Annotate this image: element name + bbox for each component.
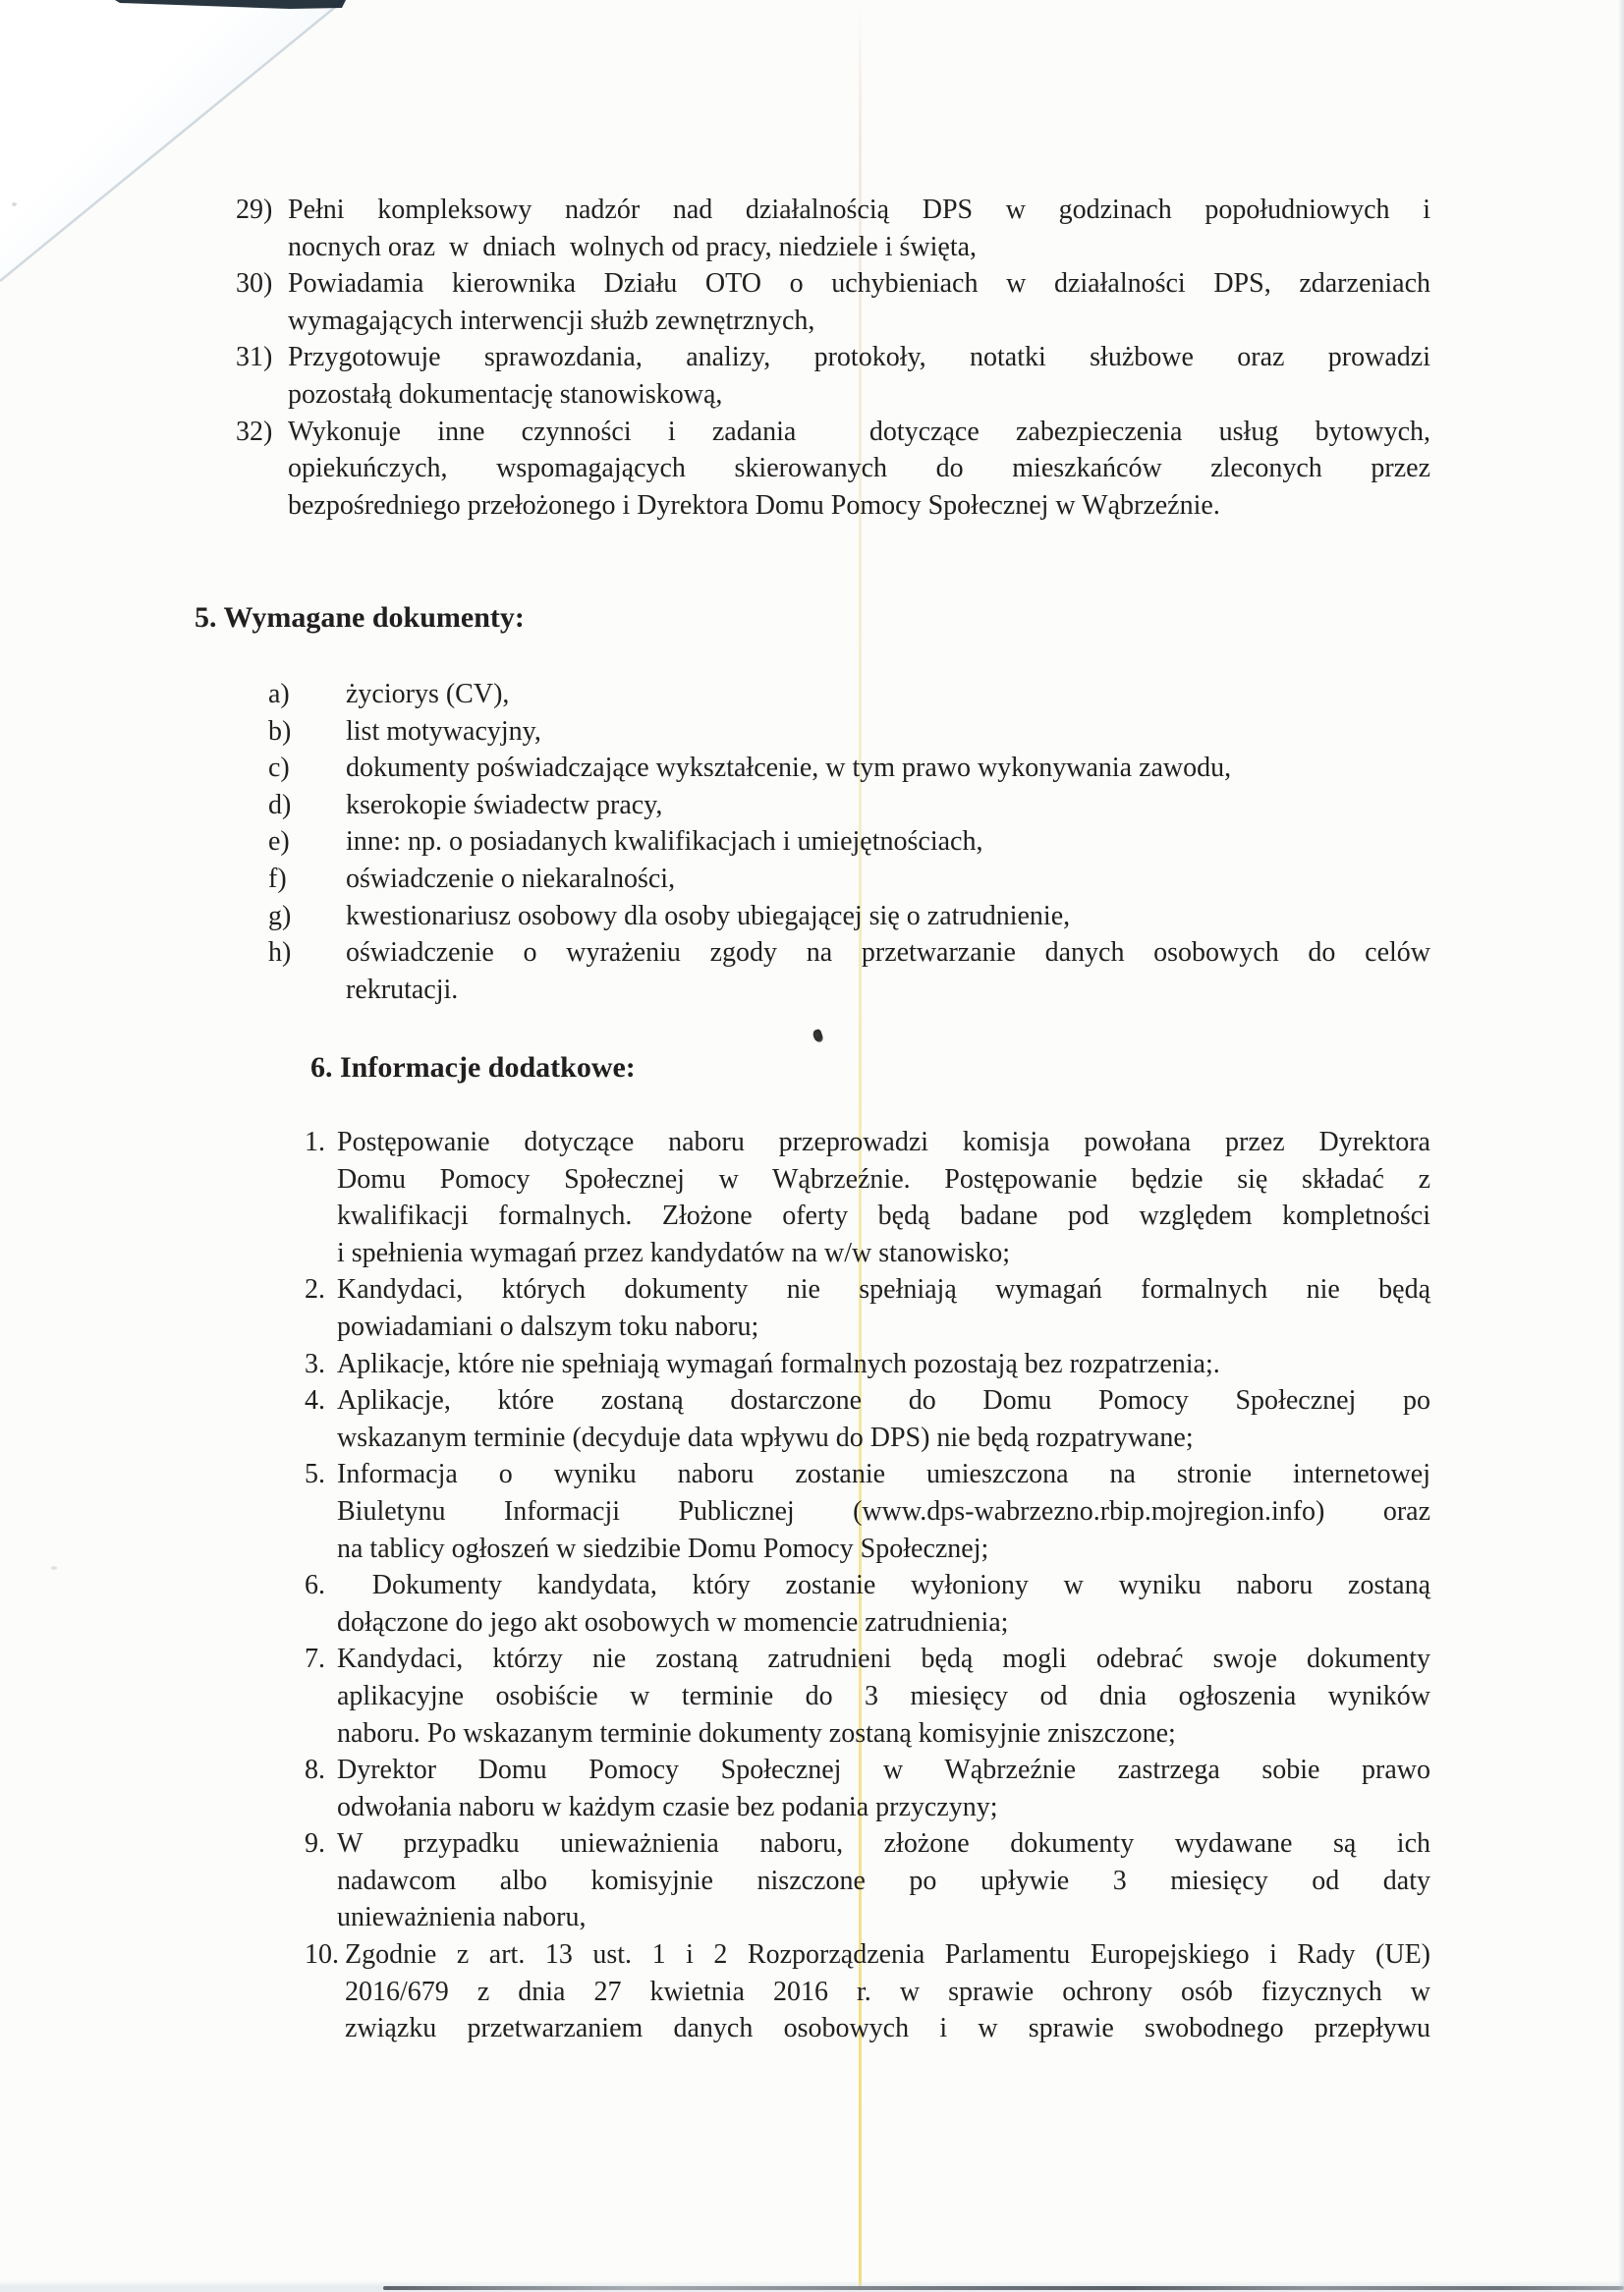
- list-item-marker: 31): [236, 339, 288, 376]
- list-item: 2. Kandydaci, których dokumenty nie speł…: [305, 1271, 1430, 1345]
- list-item-text: życiorys (CV),: [346, 676, 1430, 713]
- list-item-text: list motywacyjny,: [346, 713, 1430, 751]
- list-item-marker: 9.: [305, 1825, 337, 1863]
- dust-speck-artifact: [51, 1566, 57, 1570]
- list-item: 30) Powiadamia kierownika Działu OTO o u…: [236, 265, 1430, 339]
- scanned-document-page: 29) Pełni kompleksowy nadzór nad działal…: [0, 0, 1624, 2292]
- list-item-text: Kandydaci, którzy nie zostaną zatrudnien…: [337, 1641, 1430, 1752]
- list-item-text: kwestionariusz osobowy dla osoby ubiegaj…: [346, 898, 1430, 935]
- list-item-text: Aplikacje, które zostaną dostarczone do …: [337, 1382, 1430, 1456]
- duties-list: 29) Pełni kompleksowy nadzór nad działal…: [236, 192, 1430, 524]
- list-item-text: kserokopie świadectw pracy,: [346, 787, 1430, 824]
- list-item: c) dokumenty poświadczające wykształceni…: [268, 750, 1430, 787]
- list-item-text: Pełni kompleksowy nadzór nad działalnośc…: [288, 192, 1430, 265]
- list-item: b) list motywacyjny,: [268, 713, 1430, 751]
- list-item-marker: 8.: [305, 1752, 337, 1789]
- list-item: 5. Informacja o wyniku naboru zostanie u…: [305, 1456, 1430, 1567]
- list-item-marker: 1.: [305, 1124, 337, 1161]
- list-item: a) życiorys (CV),: [268, 676, 1430, 713]
- list-item: 7. Kandydaci, którzy nie zostaną zatrudn…: [305, 1641, 1430, 1752]
- list-item-marker: 2.: [305, 1271, 337, 1309]
- list-item-text: Dyrektor Domu Pomocy Społecznej w Wąbrze…: [337, 1752, 1430, 1825]
- list-item-text: Powiadamia kierownika Działu OTO o uchyb…: [288, 265, 1430, 339]
- list-item-marker: 6.: [305, 1567, 337, 1604]
- list-item-text: Aplikacje, które nie spełniają wymagań f…: [337, 1346, 1430, 1383]
- list-item-marker: 10.: [305, 1936, 345, 1974]
- list-item-text: Kandydaci, których dokumenty nie spełnia…: [337, 1271, 1430, 1345]
- list-item: 32) Wykonuje inne czynności i zadania do…: [236, 414, 1430, 525]
- list-item-text: Dokumenty kandydata, który zostanie wyło…: [337, 1567, 1430, 1641]
- list-item: d) kserokopie świadectw pracy,: [268, 787, 1430, 824]
- list-item-marker: b): [268, 713, 346, 751]
- bottom-scan-line-artifact: [383, 2286, 1624, 2290]
- right-edge-shadow-artifact: [1618, 0, 1624, 2292]
- list-item: 10. Zgodnie z art. 13 ust. 1 i 2 Rozporz…: [305, 1936, 1430, 2047]
- required-documents-list: a) życiorys (CV), b) list motywacyjny, c…: [268, 676, 1430, 1008]
- list-item-marker: 4.: [305, 1382, 337, 1420]
- list-item: e) inne: np. o posiadanych kwalifikacjac…: [268, 823, 1430, 861]
- list-item-marker: c): [268, 750, 346, 787]
- list-item: g) kwestionariusz osobowy dla osoby ubie…: [268, 898, 1430, 935]
- list-item-marker: h): [268, 934, 346, 972]
- list-item-text: oświadczenie o wyrażeniu zgody na przetw…: [346, 934, 1430, 1008]
- list-item-marker: 29): [236, 192, 288, 229]
- list-item-marker: 7.: [305, 1641, 337, 1678]
- list-item: 8. Dyrektor Domu Pomocy Społecznej w Wąb…: [305, 1752, 1430, 1825]
- list-item-marker: 5.: [305, 1456, 337, 1493]
- list-item-text: Przygotowuje sprawozdania, analizy, prot…: [288, 339, 1430, 413]
- list-item-marker: 3.: [305, 1346, 337, 1383]
- list-item: 31) Przygotowuje sprawozdania, analizy, …: [236, 339, 1430, 413]
- list-item: f) oświadczenie o niekaralności,: [268, 861, 1430, 898]
- list-item-marker: 32): [236, 414, 288, 451]
- list-item-text: dokumenty poświadczające wykształcenie, …: [346, 750, 1430, 787]
- section-6-heading: 6. Informacje dodatkowe:: [310, 1049, 636, 1087]
- dust-speck-artifact: [12, 202, 17, 206]
- list-item-text: W przypadku unieważnienia naboru, złożon…: [337, 1825, 1430, 1936]
- list-item: 29) Pełni kompleksowy nadzór nad działal…: [236, 192, 1430, 265]
- list-item-text: inne: np. o posiadanych kwalifikacjach i…: [346, 823, 1430, 861]
- list-item-marker: a): [268, 676, 346, 713]
- list-item: 9. W przypadku unieważnienia naboru, zło…: [305, 1825, 1430, 1936]
- list-item-text: Postępowanie dotyczące naboru przeprowad…: [337, 1124, 1430, 1271]
- list-item-text: oświadczenie o niekaralności,: [346, 861, 1430, 898]
- list-item-marker: g): [268, 898, 346, 935]
- list-item-marker: f): [268, 861, 346, 898]
- list-item: 3. Aplikacje, które nie spełniają wymaga…: [305, 1346, 1430, 1383]
- list-item-text: Wykonuje inne czynności i zadania dotycz…: [288, 414, 1430, 525]
- list-item: 4. Aplikacje, które zostaną dostarczone …: [305, 1382, 1430, 1456]
- list-item-marker: d): [268, 787, 346, 824]
- list-item-text: Zgodnie z art. 13 ust. 1 i 2 Rozporządze…: [345, 1936, 1430, 2047]
- ink-speck-artifact: [812, 1029, 824, 1043]
- list-item-marker: e): [268, 823, 346, 861]
- list-item-marker: 30): [236, 265, 288, 303]
- section-5-heading: 5. Wymagane dokumenty:: [195, 599, 525, 637]
- list-item: h) oświadczenie o wyrażeniu zgody na prz…: [268, 934, 1430, 1008]
- additional-info-list: 1. Postępowanie dotyczące naboru przepro…: [305, 1124, 1430, 2047]
- list-item-text: Informacja o wyniku naboru zostanie umie…: [337, 1456, 1430, 1567]
- list-item: 6. Dokumenty kandydata, który zostanie w…: [305, 1567, 1430, 1641]
- list-item: 1. Postępowanie dotyczące naboru przepro…: [305, 1124, 1430, 1271]
